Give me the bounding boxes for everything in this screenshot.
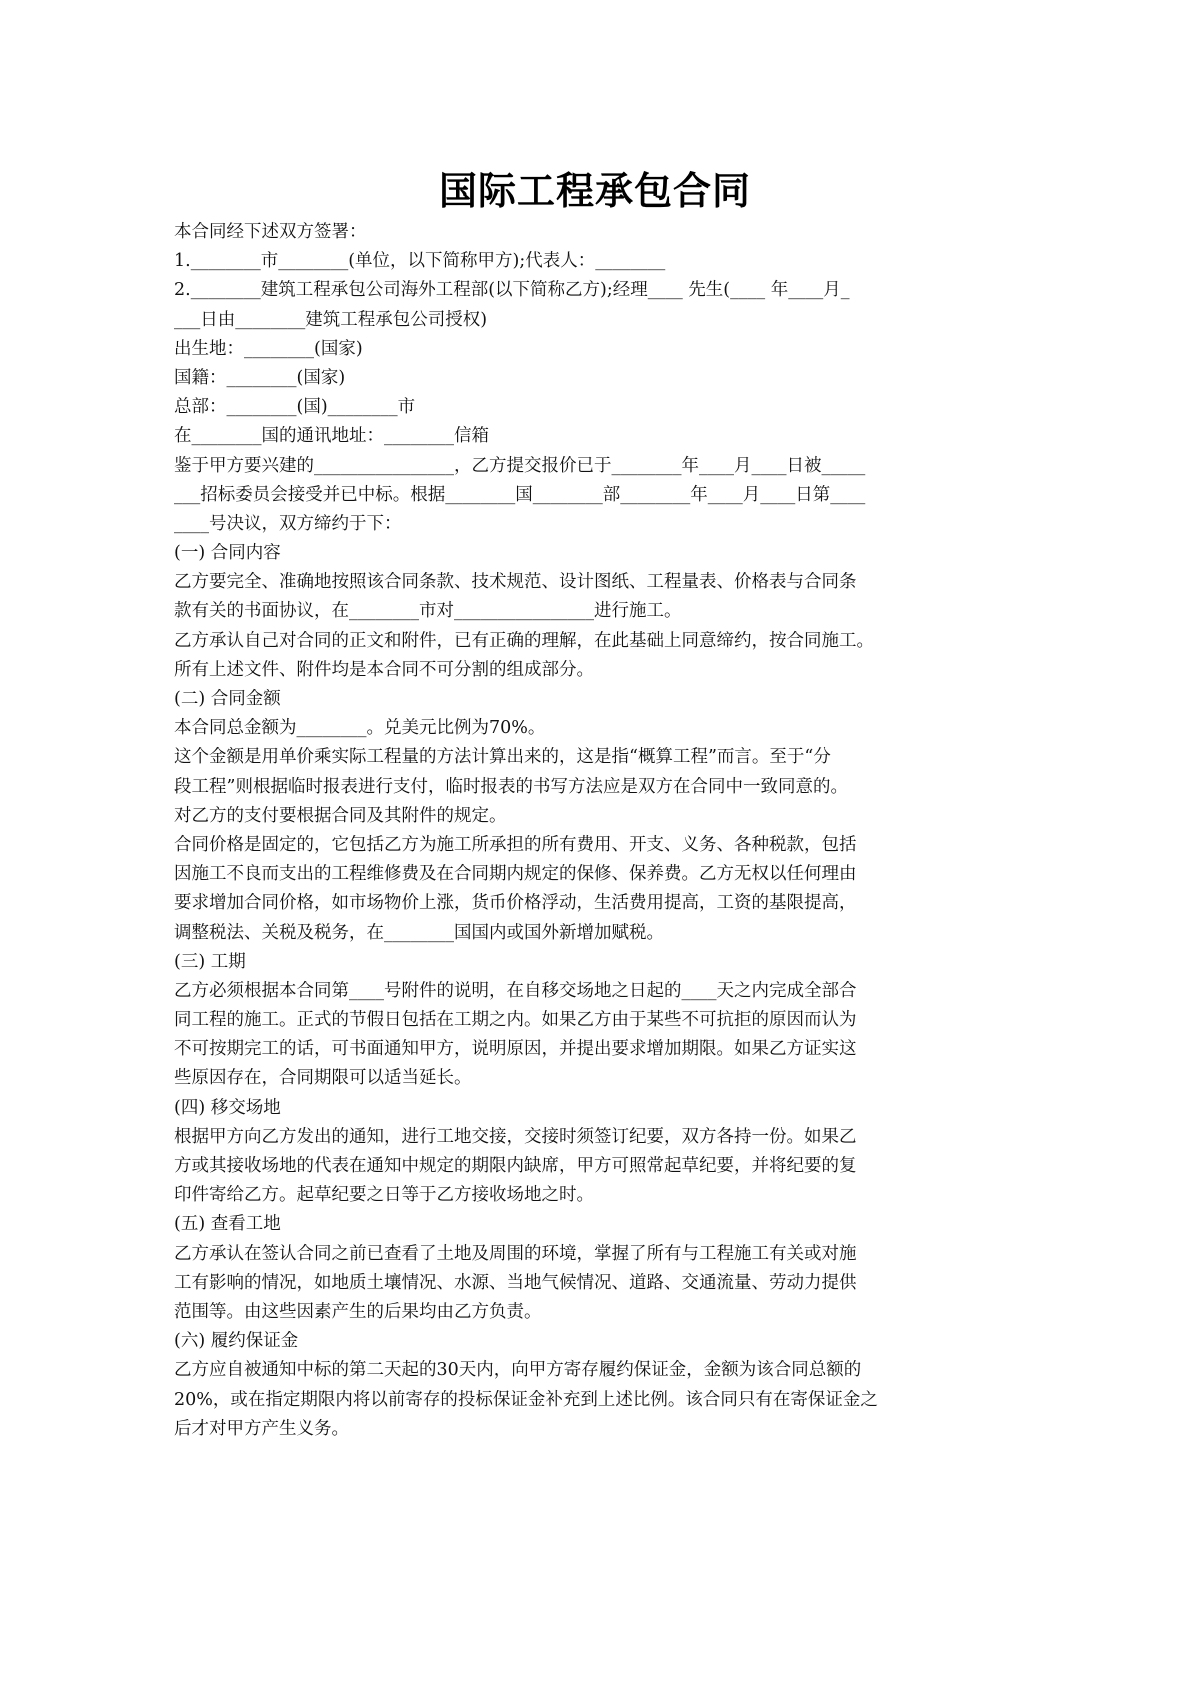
text-line: 工有影响的情况，如地质土壤情况、水源、当地气候情况、道路、交通流量、劳动力提供 [174, 1269, 1019, 1298]
document-title: 国际工程承包合同 [0, 160, 1190, 215]
text-line: 本合同总金额为________。兑美元比例为70%。 [174, 714, 1019, 743]
text-line: 这个金额是用单价乘实际工程量的方法计算出来的，这是指“概算工程”而言。至于“分 [174, 743, 1019, 772]
text-line: 乙方必须根据本合同第____号附件的说明，在自移交场地之日起的____天之内完成… [174, 977, 1019, 1006]
text-line: (一) 合同内容 [174, 539, 1019, 568]
document-page: 国际工程承包合同 本合同经下述双方签署：1.________市________(… [0, 0, 1190, 1683]
text-line: 些原因存在，合同期限可以适当延长。 [174, 1064, 1019, 1093]
text-line: 总部：________(国)________市 [174, 393, 1019, 422]
text-line: 出生地：________(国家) [174, 335, 1019, 364]
text-line: 要求增加合同价格，如市场物价上涨，货币价格浮动，生活费用提高，工资的基限提高， [174, 889, 1019, 918]
text-line: 国籍：________(国家) [174, 364, 1019, 393]
text-line: 20%，或在指定期限内将以前寄存的投标保证金补充到上述比例。该合同只有在寄保证金… [174, 1386, 1019, 1415]
text-line: ___日由________建筑工程承包公司授权) [174, 306, 1019, 335]
text-line: 合同价格是固定的，它包括乙方为施工所承担的所有费用、开支、义务、各种税款，包括 [174, 831, 1019, 860]
text-line: 乙方要完全、准确地按照该合同条款、技术规范、设计图纸、工程量表、价格表与合同条 [174, 568, 1019, 597]
text-line: 乙方承认在签认合同之前已查看了土地及周围的环境，掌握了所有与工程施工有关或对施 [174, 1240, 1019, 1269]
text-line: 印件寄给乙方。起草纪要之日等于乙方接收场地之时。 [174, 1181, 1019, 1210]
text-line: 对乙方的支付要根据合同及其附件的规定。 [174, 802, 1019, 831]
text-line: 后才对甲方产生义务。 [174, 1415, 1019, 1444]
text-line: 乙方应自被通知中标的第二天起的30天内，向甲方寄存履约保证金，金额为该合同总额的 [174, 1356, 1019, 1385]
text-line: 因施工不良而支出的工程维修费及在合同期内规定的保修、保养费。乙方无权以任何理由 [174, 860, 1019, 889]
text-line: 范围等。由这些因素产生的后果均由乙方负责。 [174, 1298, 1019, 1327]
text-line: 不可按期完工的话，可书面通知甲方，说明原因，并提出要求增加期限。如果乙方证实这 [174, 1035, 1019, 1064]
text-line: (五) 查看工地 [174, 1210, 1019, 1239]
text-line: (三) 工期 [174, 948, 1019, 977]
text-line: 同工程的施工。正式的节假日包括在工期之内。如果乙方由于某些不可抗拒的原因而认为 [174, 1006, 1019, 1035]
text-line: ___招标委员会接受并已中标。根据________国________部_____… [174, 481, 1019, 510]
text-line: 所有上述文件、附件均是本合同不可分割的组成部分。 [174, 656, 1019, 685]
text-line: ____号决议，双方缔约于下： [174, 510, 1019, 539]
text-line: 方或其接收场地的代表在通知中规定的期限内缺席，甲方可照常起草纪要，并将纪要的复 [174, 1152, 1019, 1181]
text-line: 鉴于甲方要兴建的________________，乙方提交报价已于_______… [174, 452, 1019, 481]
text-line: 调整税法、关税及税务，在________国国内或国外新增加赋税。 [174, 919, 1019, 948]
text-line: (四) 移交场地 [174, 1094, 1019, 1123]
text-line: 乙方承认自己对合同的正文和附件，已有正确的理解，在此基础上同意缔约，按合同施工。 [174, 627, 1019, 656]
text-line: 在________国的通讯地址：________信箱 [174, 422, 1019, 451]
text-line: (二) 合同金额 [174, 685, 1019, 714]
text-line: 根据甲方向乙方发出的通知，进行工地交接，交接时须签订纪要，双方各持一份。如果乙 [174, 1123, 1019, 1152]
text-line: 2.________建筑工程承包公司海外工程部(以下简称乙方);经理____ 先… [174, 276, 1019, 305]
document-body: 本合同经下述双方签署：1.________市________(单位，以下简称甲方… [174, 218, 1019, 1444]
text-line: 段工程”则根据临时报表进行支付，临时报表的书写方法应是双方在合同中一致同意的。 [174, 773, 1019, 802]
text-line: 款有关的书面协议，在________市对________________进行施工… [174, 597, 1019, 626]
text-line: (六) 履约保证金 [174, 1327, 1019, 1356]
text-line: 1.________市________(单位，以下简称甲方);代表人：_____… [174, 247, 1019, 276]
text-line: 本合同经下述双方签署： [174, 218, 1019, 247]
